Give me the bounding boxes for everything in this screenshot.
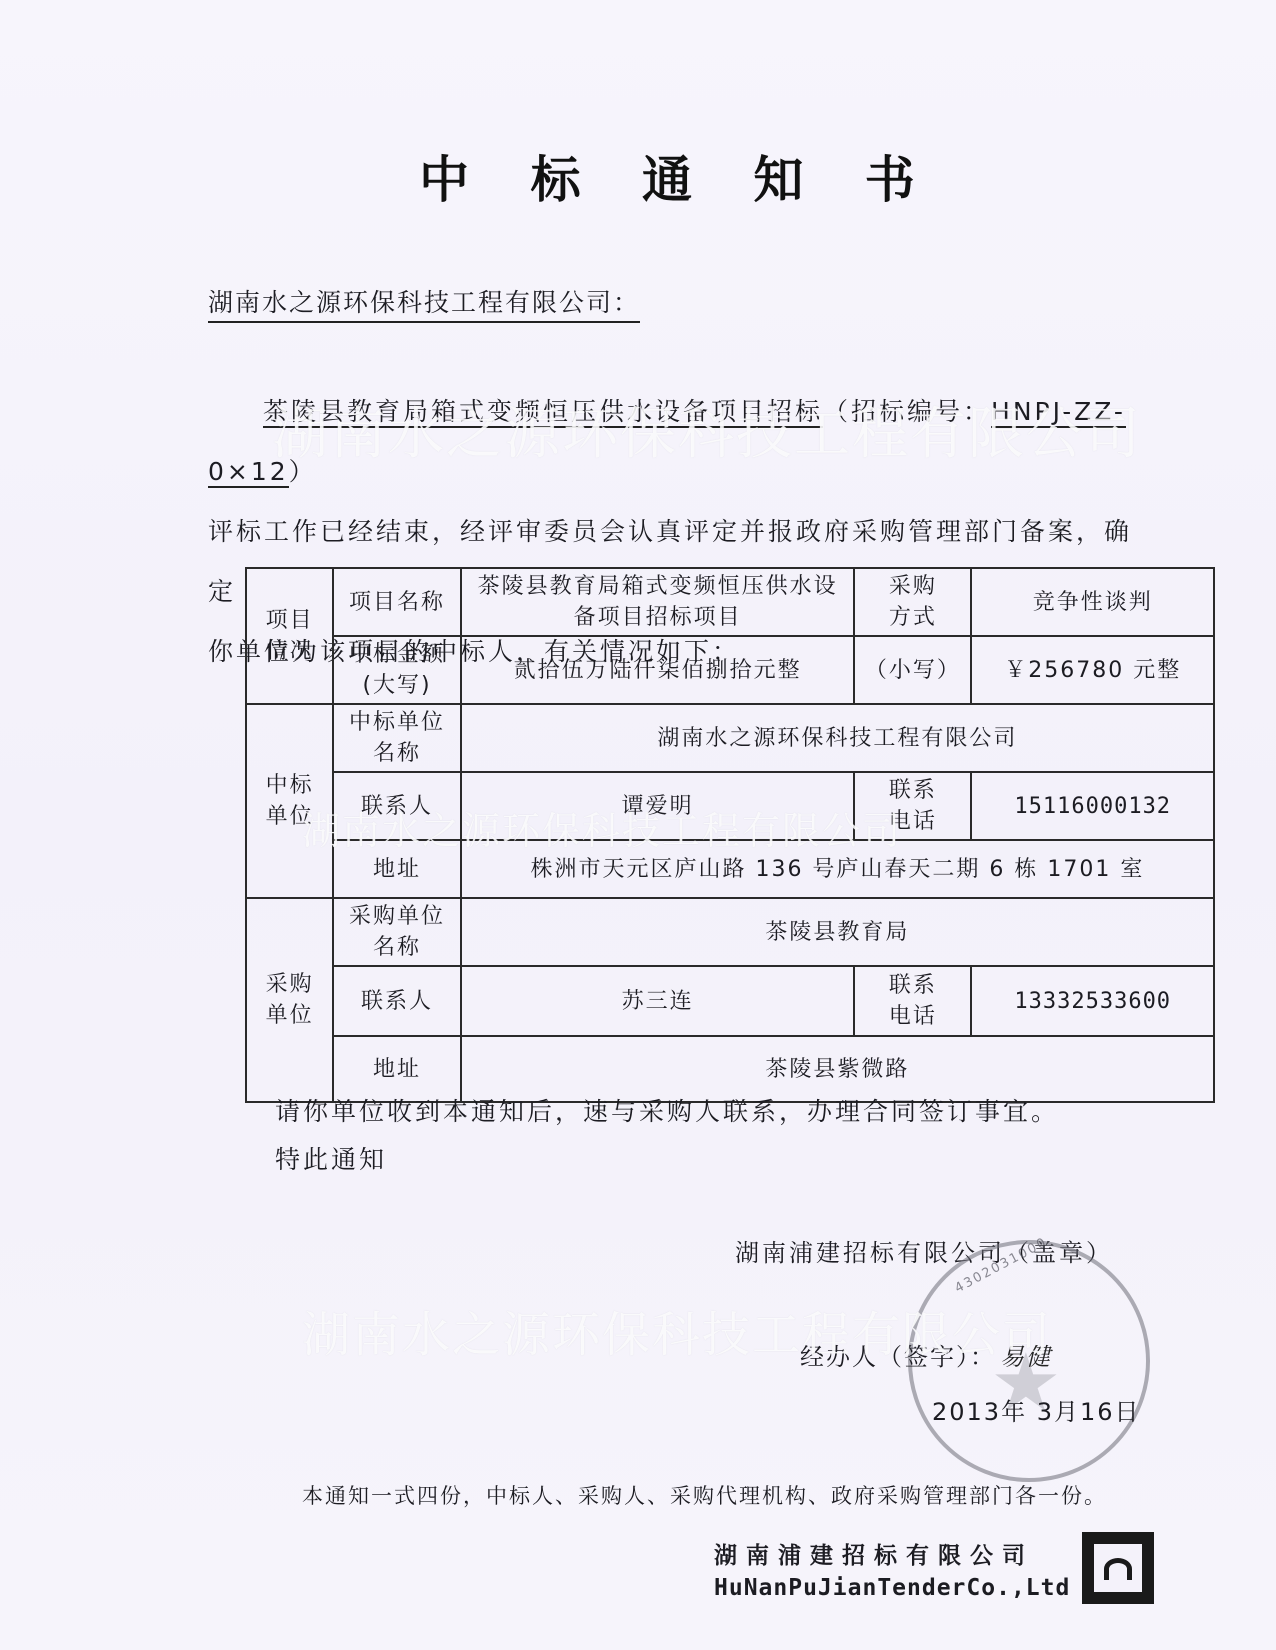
winner-phone-value: 15116000132 [971,772,1214,840]
handler-signature: 易健 [1000,1343,1052,1371]
table-row: 采购 单位 采购单位 名称 茶陵县教育局 [246,898,1214,966]
winner-address-label: 地址 [333,840,461,898]
footer-company-en: HuNanPuJianTenderCo.,Ltd [714,1575,1070,1601]
purchaser-phone-label: 联系 电话 [854,966,971,1036]
table-row: 联系人 苏三连 联系 电话 13332533600 [246,966,1214,1036]
winner-name-value: 湖南水之源环保科技工程有限公司 [461,704,1214,772]
document-title: 中 标 通 知 书 [0,140,1276,212]
amount-lower-value: ￥256780 元整 [971,636,1214,704]
project-section-label: 项目 情况 [246,568,333,704]
closing-instruction: 请你单位收到本通知后，速与采购人联系，办理合同签订事宜。 [275,1092,1059,1128]
winner-section-label: 中标 单位 [246,704,333,898]
table-row: 中标 单位 中标单位 名称 湖南水之源环保科技工程有限公司 [246,704,1214,772]
winner-contact-value: 谭爱明 [461,772,855,840]
purchaser-contact-label: 联系人 [333,966,461,1036]
amount-upper-label: 中标金额 (大写) [333,636,461,704]
footer-company-cn: 湖南浦建招标有限公司 [714,1537,1034,1570]
purchaser-name-label: 采购单位 名称 [333,898,461,966]
closing-notice: 特此通知 [275,1140,387,1176]
purchaser-contact-value: 苏三连 [461,966,855,1036]
award-info-table: 项目 情况 项目名称 茶陵县教育局箱式变频恒压供水设备项目招标项目 采购 方式 … [245,567,1215,1103]
code-prefix: （招标编号： [823,397,991,426]
amount-lower-label: （小写） [854,636,971,704]
procurement-method-value: 竞争性谈判 [971,568,1214,636]
table-row: 地址 株洲市天元区庐山路 136 号庐山春天二期 6 栋 1701 室 [246,840,1214,898]
winner-phone-label: 联系 电话 [854,772,971,840]
addressee: 湖南水之源环保科技工程有限公司： [208,283,640,323]
signing-company: 湖南浦建招标有限公司（盖章） [735,1233,1113,1268]
logo-mark [1104,1558,1132,1580]
document-page: 中 标 通 知 书 湖南水之源环保科技工程有限公司： 茶陵县教育局箱式变频恒压供… [0,0,1276,1650]
table-row: 项目 情况 项目名称 茶陵县教育局箱式变频恒压供水设备项目招标项目 采购 方式 … [246,568,1214,636]
purchaser-name-value: 茶陵县教育局 [461,898,1214,966]
table-row: 联系人 谭爱明 联系 电话 15116000132 [246,772,1214,840]
winner-contact-label: 联系人 [333,772,461,840]
copies-footnote: 本通知一式四份，中标人、采购人、采购代理机构、政府采购管理部门各一份。 [302,1480,1107,1510]
handler-line: 经办人（签字）：易健 [800,1337,1052,1372]
project-name-label: 项目名称 [333,568,461,636]
handler-label: 经办人（签字）： [800,1343,996,1371]
company-logo-icon [1082,1532,1154,1604]
winner-address-value: 株洲市天元区庐山路 136 号庐山春天二期 6 栋 1701 室 [461,840,1214,898]
intro-line-1: 茶陵县教育局箱式变频恒压供水设备项目招标（招标编号：HNPJ-ZZ-0×12） [208,382,1158,502]
code-suffix: ） [289,457,317,486]
purchaser-section-label: 采购 单位 [246,898,333,1102]
procurement-method-label: 采购 方式 [854,568,971,636]
purchaser-phone-value: 13332533600 [971,966,1214,1036]
table-row: 中标金额 (大写) 贰拾伍万陆仟柒佰捌拾元整 （小写） ￥256780 元整 [246,636,1214,704]
project-name-value: 茶陵县教育局箱式变频恒压供水设备项目招标项目 [461,568,855,636]
signing-date: 2013年 3月16日 [932,1392,1141,1427]
project-name: 茶陵县教育局箱式变频恒压供水设备项目招标 [263,397,823,428]
winner-name-label: 中标单位 名称 [333,704,461,772]
amount-upper-value: 贰拾伍万陆仟柒佰捌拾元整 [461,636,855,704]
